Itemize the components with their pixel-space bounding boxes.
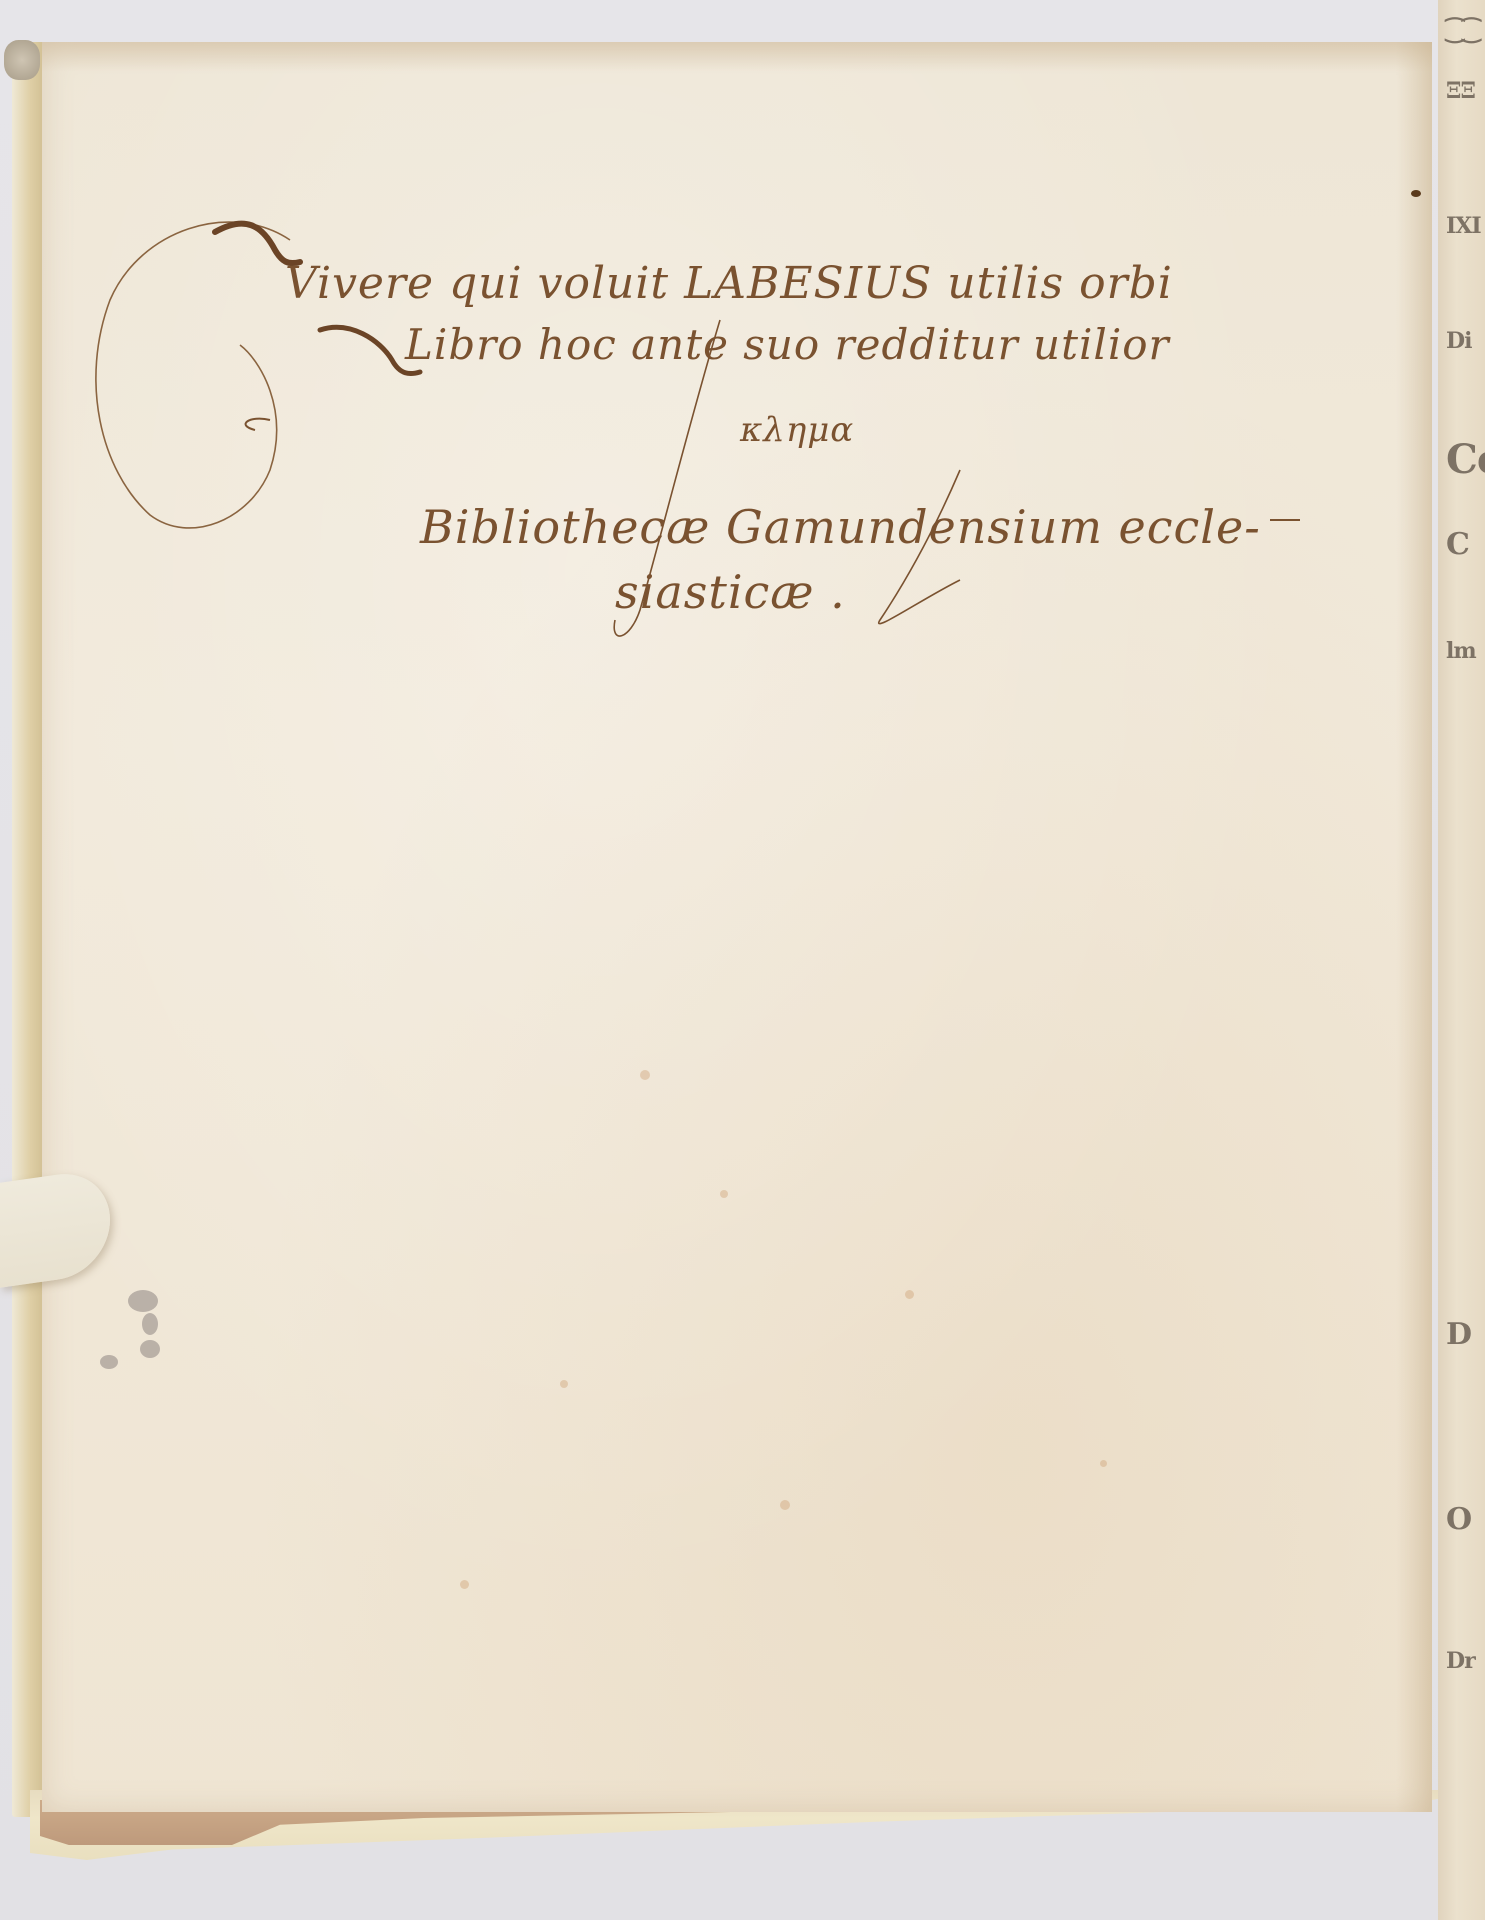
smudge-mark	[100, 1355, 118, 1369]
smudge-mark	[128, 1290, 158, 1312]
fox-spot	[640, 1070, 650, 1080]
fox-spot	[1100, 1460, 1107, 1467]
fox-spot	[460, 1580, 469, 1589]
inscription-line-2: Libro hoc ante suo redditur utilior	[405, 320, 1170, 369]
ownership-inscription: Vivere qui voluit LABESIUS utilis orbi L…	[0, 0, 1485, 700]
inscription-line-1: Vivere qui voluit LABESIUS utilis orbi	[285, 258, 1173, 309]
fox-spot	[560, 1380, 568, 1388]
smudge-mark	[140, 1340, 160, 1358]
fox-spot	[905, 1290, 914, 1299]
inscription-line-5: siasticæ .	[615, 565, 846, 619]
fox-spot	[720, 1190, 728, 1198]
fox-spot	[780, 1500, 790, 1510]
smudge-mark	[142, 1313, 158, 1335]
inscription-line-3: κλημα	[740, 410, 854, 450]
inscription-line-4: Bibliothecæ Gamundensium eccle-	[420, 500, 1261, 554]
